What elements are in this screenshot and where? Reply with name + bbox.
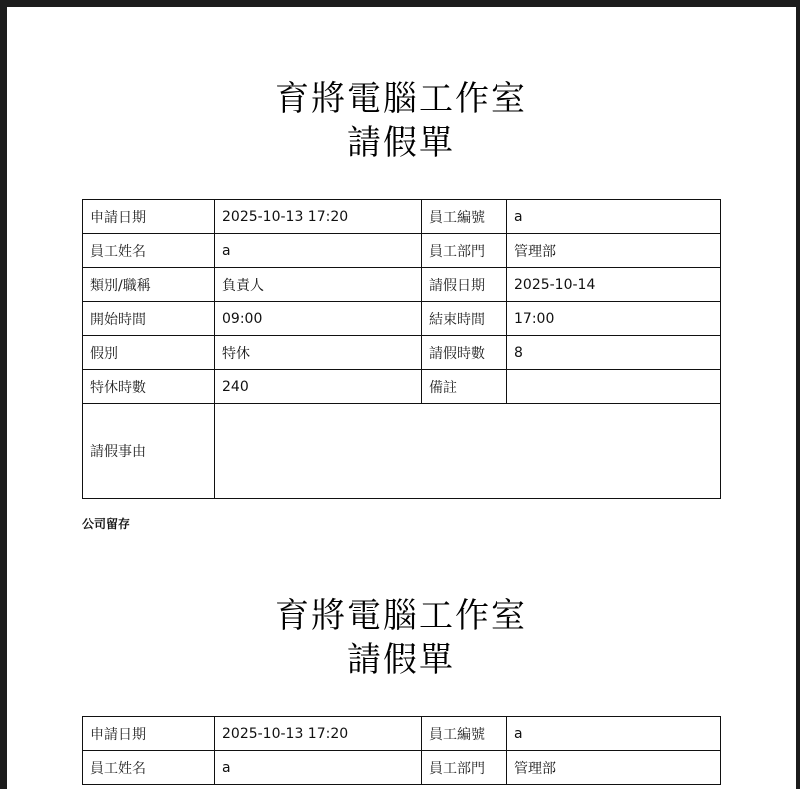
apply-date-label: 申請日期 [83, 200, 215, 234]
annual-leave-hours-label: 特休時數 [83, 370, 215, 404]
leave-hours-label: 請假時數 [422, 336, 507, 370]
table-row: 開始時間 09:00 結束時間 17:00 [83, 302, 721, 336]
reason-value [215, 404, 721, 499]
start-time-label: 開始時間 [83, 302, 215, 336]
form-title: 請假單 [82, 638, 720, 682]
leave-form-company-copy: 育將電腦工作室 請假單 申請日期 2025-10-13 17:20 員工編號 a… [82, 77, 720, 165]
employee-id-value: a [507, 717, 721, 751]
leave-form-table: 申請日期 2025-10-13 17:20 員工編號 a 員工姓名 a 員工部門… [82, 716, 721, 785]
annual-leave-hours-value: 240 [215, 370, 422, 404]
employee-id-value: a [507, 200, 721, 234]
leave-hours-value: 8 [507, 336, 721, 370]
leave-date-label: 請假日期 [422, 268, 507, 302]
table-row: 假別 特休 請假時數 8 [83, 336, 721, 370]
end-time-value: 17:00 [507, 302, 721, 336]
table-row: 請假事由 [83, 404, 721, 499]
table-row: 申請日期 2025-10-13 17:20 員工編號 a [83, 200, 721, 234]
department-label: 員工部門 [422, 234, 507, 268]
table-row: 員工姓名 a 員工部門 管理部 [83, 751, 721, 785]
position-value: 負責人 [215, 268, 422, 302]
employee-id-label: 員工編號 [422, 200, 507, 234]
company-name: 育將電腦工作室 [82, 594, 720, 638]
employee-name-label: 員工姓名 [83, 234, 215, 268]
remarks-value [507, 370, 721, 404]
employee-id-label: 員工編號 [422, 717, 507, 751]
department-value: 管理部 [507, 751, 721, 785]
apply-date-value: 2025-10-13 17:20 [215, 200, 422, 234]
start-time-value: 09:00 [215, 302, 422, 336]
position-label: 類別/職稱 [83, 268, 215, 302]
employee-name-value: a [215, 234, 422, 268]
reason-label: 請假事由 [83, 404, 215, 499]
table-row: 特休時數 240 備註 [83, 370, 721, 404]
employee-name-label: 員工姓名 [83, 751, 215, 785]
company-name: 育將電腦工作室 [82, 77, 720, 121]
document-viewport[interactable]: 育將電腦工作室 請假單 申請日期 2025-10-13 17:20 員工編號 a… [7, 7, 796, 789]
leave-form-table: 申請日期 2025-10-13 17:20 員工編號 a 員工姓名 a 員工部門… [82, 199, 721, 499]
form-header: 育將電腦工作室 請假單 [82, 77, 720, 165]
apply-date-value: 2025-10-13 17:20 [215, 717, 422, 751]
leave-type-value: 特休 [215, 336, 422, 370]
leave-type-label: 假別 [83, 336, 215, 370]
remarks-label: 備註 [422, 370, 507, 404]
company-copy-note: 公司留存 [82, 515, 130, 532]
leave-form-second-copy: 育將電腦工作室 請假單 申請日期 2025-10-13 17:20 員工編號 a… [82, 594, 720, 682]
table-row: 員工姓名 a 員工部門 管理部 [83, 234, 721, 268]
form-title: 請假單 [82, 121, 720, 165]
table-row: 類別/職稱 負責人 請假日期 2025-10-14 [83, 268, 721, 302]
employee-name-value: a [215, 751, 422, 785]
table-row: 申請日期 2025-10-13 17:20 員工編號 a [83, 717, 721, 751]
leave-date-value: 2025-10-14 [507, 268, 721, 302]
end-time-label: 結束時間 [422, 302, 507, 336]
form-header: 育將電腦工作室 請假單 [82, 594, 720, 682]
department-label: 員工部門 [422, 751, 507, 785]
apply-date-label: 申請日期 [83, 717, 215, 751]
department-value: 管理部 [507, 234, 721, 268]
